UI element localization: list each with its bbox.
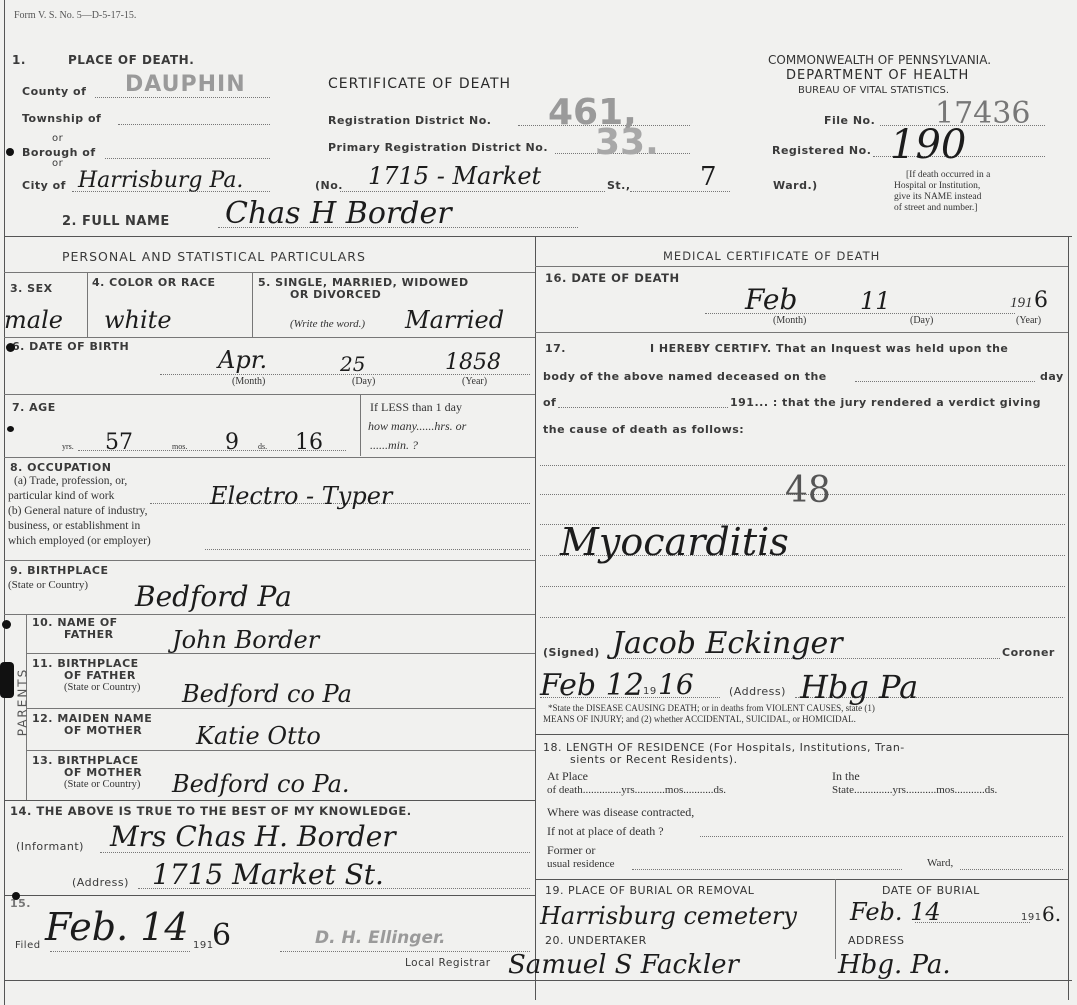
undertaker-address-value: Hbg. Pa. [838, 950, 951, 980]
birthplace-hint: (State or Country) [8, 579, 88, 591]
marital-hint: (Write the word.) [290, 318, 365, 330]
informant-label: (Informant) [16, 840, 84, 853]
right-border [1068, 236, 1069, 1000]
registered-number-label: Registered No. [772, 144, 871, 157]
cause-code: 48 [785, 470, 831, 511]
or-label: or [52, 158, 63, 169]
coroner-address-label: (Address) [729, 685, 786, 698]
former-residence-line-2: usual residence [547, 858, 615, 870]
residence-label-2: sients or Recent Residents). [570, 753, 738, 766]
township-dotted-line [118, 124, 270, 125]
signed-value: Jacob Eckinger [612, 626, 843, 661]
primary-registration-value: 33. [595, 122, 659, 163]
street-label: St., [607, 179, 631, 192]
divider [4, 800, 535, 801]
form-number: Form V. S. No. 5—D-5-17-15. [14, 10, 136, 21]
dod-day-caption: (Day) [910, 315, 933, 326]
registrar-dotted-line [280, 951, 530, 952]
certify-line-3-start: of [543, 396, 556, 409]
age-label: 7. AGE [12, 401, 56, 414]
in-state-line-2: State..............yrs...........mos....… [832, 784, 997, 796]
burial-date-label: DATE OF BURIAL [882, 884, 980, 897]
divider [4, 895, 535, 896]
burial-year-suffix: 6. [1042, 902, 1061, 926]
burial-date-dotted-line [915, 922, 1030, 923]
ink-blot [7, 426, 14, 432]
divider [535, 266, 1068, 267]
birthplace-value: Bedford Pa [135, 580, 292, 613]
page-left-border [4, 0, 5, 1005]
less-than-day-line-3: ......min. ? [370, 438, 418, 453]
department-heading: DEPARTMENT OF HEALTH [786, 68, 969, 83]
divider [4, 560, 535, 561]
filed-year-prefix: 191 [193, 940, 214, 951]
local-registrar-label: Local Registrar [405, 957, 491, 969]
certify-line-2-end: day [1040, 370, 1064, 383]
undertaker-label: 20. UNDERTAKER [545, 934, 647, 947]
street-number-label: (No. [315, 179, 343, 192]
divider [4, 980, 1072, 981]
or-label: or [52, 133, 63, 144]
ward-value: 7 [700, 162, 717, 192]
header-divider [4, 236, 1072, 237]
dob-day: 25 [340, 352, 365, 376]
certify-of-dotted-line [558, 407, 728, 408]
certify-number: 17. [545, 342, 566, 355]
mother-name-value: Katie Otto [196, 722, 321, 750]
registration-district-label: Registration District No. [328, 114, 491, 127]
divider [4, 457, 535, 458]
former-residence-line-1: Former or [547, 843, 595, 858]
township-label: Township of [22, 112, 101, 125]
undertaker-address-label: ADDRESS [848, 934, 905, 947]
occupation-b-3: which employed (or employer) [8, 535, 151, 547]
year-caption: (Year) [462, 376, 487, 387]
ink-blot [6, 148, 14, 156]
dob-month: Apr. [218, 346, 267, 374]
parents-side-label: PARENTS [15, 668, 29, 737]
signed-year-suffix: 16 [658, 668, 694, 701]
bureau-heading: BUREAU OF VITAL STATISTICS. [798, 85, 949, 96]
city-value: Harrisburg Pa. [78, 168, 243, 193]
at-place-line-1: At Place [547, 769, 588, 784]
yrs-caption: yrs. [62, 442, 74, 451]
burial-year-prefix: 191 [1021, 912, 1042, 923]
filed-dotted-line [50, 951, 190, 952]
city-label: City of [22, 179, 66, 192]
county-dotted-line [95, 97, 270, 98]
footnote-line-2: MEANS OF INJURY; and (2) whether ACCIDEN… [543, 714, 856, 724]
residence-ward-label: Ward, [927, 857, 953, 869]
less-than-day-line-2: how many......hrs. or [368, 419, 466, 434]
registrar-stamp: D. H. Ellinger. [315, 928, 445, 948]
street-value: 1715 - Market [368, 162, 541, 190]
filed-date-value: Feb. 14 [45, 905, 189, 949]
cause-dotted-line [540, 617, 1065, 618]
father-name-label-2: FATHER [64, 628, 114, 641]
marital-value: Married [405, 306, 504, 334]
burial-place-value: Harrisburg cemetery [540, 902, 797, 930]
medical-section-title: MEDICAL CERTIFICATE OF DEATH [663, 249, 880, 263]
divider [535, 332, 1068, 333]
registered-number-value: 190 [890, 122, 966, 168]
divider [4, 614, 535, 615]
ink-blot [0, 662, 14, 698]
mother-birthplace-hint: (State or Country) [64, 779, 140, 790]
occupation-b-1: (b) General nature of industry, [8, 505, 147, 517]
less-than-day-line-1: If LESS than 1 day [370, 400, 462, 415]
cause-dotted-line [540, 586, 1065, 587]
disease-contracted-line-2: If not at place of death ? [547, 824, 664, 839]
age-years: 57 [105, 430, 133, 455]
coroner-label: Coroner [1002, 646, 1055, 659]
mother-birthplace-value: Bedford co Pa. [172, 770, 350, 798]
father-birthplace-hint: (State or Country) [64, 682, 140, 693]
certify-line-1: I HEREBY CERTIFY. That an Inquest was he… [650, 342, 1008, 355]
ink-blot [6, 343, 15, 352]
mos-caption: mos. [172, 442, 187, 451]
divider [360, 394, 361, 456]
certify-day-dotted-line [855, 381, 1035, 382]
knowledge-statement: 14. THE ABOVE IS TRUE TO THE BEST OF MY … [10, 804, 412, 818]
ink-blot [12, 892, 20, 900]
occupation-label: 8. OCCUPATION [10, 461, 111, 474]
father-name-value: John Border [172, 626, 319, 654]
occupation-a-2: particular kind of work [8, 490, 114, 502]
divider [26, 653, 535, 654]
ink-blot [2, 620, 11, 629]
personal-section-title: PERSONAL AND STATISTICAL PARTICULARS [62, 249, 366, 264]
race-value: white [104, 306, 172, 334]
undertaker-value: Samuel S Fackler [508, 950, 739, 980]
divider [535, 879, 1068, 880]
center-divider [535, 236, 536, 1000]
disease-contracted-line-1: Where was disease contracted, [547, 805, 694, 820]
filed-label: Filed [15, 940, 41, 951]
father-birthplace-label-2: OF FATHER [64, 669, 136, 682]
divider [4, 394, 535, 395]
dod-year-caption: (Year) [1016, 315, 1041, 326]
filed-year-suffix: 6 [212, 918, 231, 953]
file-number-label: File No. [824, 114, 875, 127]
primary-registration-label: Primary Registration District No. [328, 141, 548, 154]
ward-label: Ward.) [773, 179, 818, 192]
death-certificate: Form V. S. No. 5—D-5-17-15. 1. PLACE OF … [0, 0, 1077, 1005]
date-of-death-year-prefix: 191 [1010, 295, 1033, 312]
dob-year: 1858 [445, 350, 501, 375]
day-caption: (Day) [352, 376, 375, 387]
signed-label: (Signed) [543, 646, 600, 659]
at-place-line-2: of death..............yrs...........mos.… [547, 784, 726, 796]
sex-label: 3. SEX [10, 282, 53, 295]
burial-place-label: 19. PLACE OF BURIAL OR REMOVAL [545, 884, 754, 897]
full-name-value: Chas H Border [225, 196, 452, 231]
divider [26, 708, 535, 709]
divider [252, 272, 253, 337]
birthplace-label: 9. BIRTHPLACE [10, 564, 109, 577]
mother-name-label-2: OF MOTHER [64, 724, 142, 737]
age-months: 9 [225, 430, 239, 455]
month-caption: (Month) [232, 376, 265, 387]
ds-caption: ds. [258, 442, 267, 451]
date-of-death-year-suffix: 6 [1034, 288, 1048, 313]
certify-line-2: body of the above named deceased on the [543, 370, 827, 383]
certificate-title: CERTIFICATE OF DEATH [328, 76, 511, 92]
full-name-label: 2. FULL NAME [62, 214, 170, 229]
divider [4, 272, 535, 273]
cause-of-death-value: Myocarditis [560, 520, 789, 564]
residence-ward-dotted-line [960, 869, 1063, 870]
certify-line-3: 191... : that the jury rendered a verdic… [730, 396, 1041, 409]
date-of-death-label: 16. DATE OF DEATH [545, 271, 680, 285]
coroner-address-value: Hbg Pa [800, 668, 918, 706]
occupation-value: Electro - Typer [210, 482, 392, 510]
divider [835, 879, 836, 959]
informant-value: Mrs Chas H. Border [110, 820, 396, 853]
age-days: 16 [295, 430, 323, 455]
street-dotted-line [340, 191, 605, 192]
divider [26, 750, 535, 751]
disease-contracted-dotted-line [700, 836, 1063, 837]
divider [87, 272, 88, 337]
occupation-b-2: business, or establishment in [8, 520, 140, 532]
father-birthplace-value: Bedford co Pa [182, 680, 352, 708]
mother-birthplace-label-2: OF MOTHER [64, 766, 142, 779]
date-of-death-day: 11 [860, 287, 891, 315]
race-label: 4. COLOR OR RACE [92, 276, 216, 289]
former-residence-dotted-line [632, 869, 902, 870]
dod-month-caption: (Month) [773, 315, 806, 326]
informant-address-label: (Address) [72, 876, 129, 889]
occupation-a-1: (a) Trade, profession, or, [14, 475, 127, 487]
sex-value: male [4, 306, 63, 334]
divider [4, 337, 535, 338]
divider [535, 734, 1068, 735]
date-of-death-month: Feb [745, 283, 797, 316]
occupation-b-dotted-line [205, 549, 530, 550]
in-state-line-1: In the [832, 769, 860, 784]
marital-label-2: OR DIVORCED [290, 288, 381, 301]
commonwealth-heading: COMMONWEALTH OF PENNSYLVANIA. [768, 53, 991, 67]
place-of-death-title: PLACE OF DEATH. [68, 53, 194, 67]
county-value: DAUPHIN [125, 72, 246, 97]
section-number: 1. [12, 53, 26, 67]
dob-label: 6. DATE OF BIRTH [12, 340, 129, 353]
cause-dotted-line [540, 465, 1065, 466]
informant-address-value: 1715 Market St. [152, 858, 384, 891]
signed-year-prefix: 19 [643, 686, 657, 697]
county-label: County of [22, 85, 86, 98]
borough-dotted-line [105, 158, 270, 159]
footnote-line-1: *State the DISEASE CAUSING DEATH; or in … [548, 703, 875, 713]
certify-line-4: the cause of death as follows: [543, 423, 744, 436]
